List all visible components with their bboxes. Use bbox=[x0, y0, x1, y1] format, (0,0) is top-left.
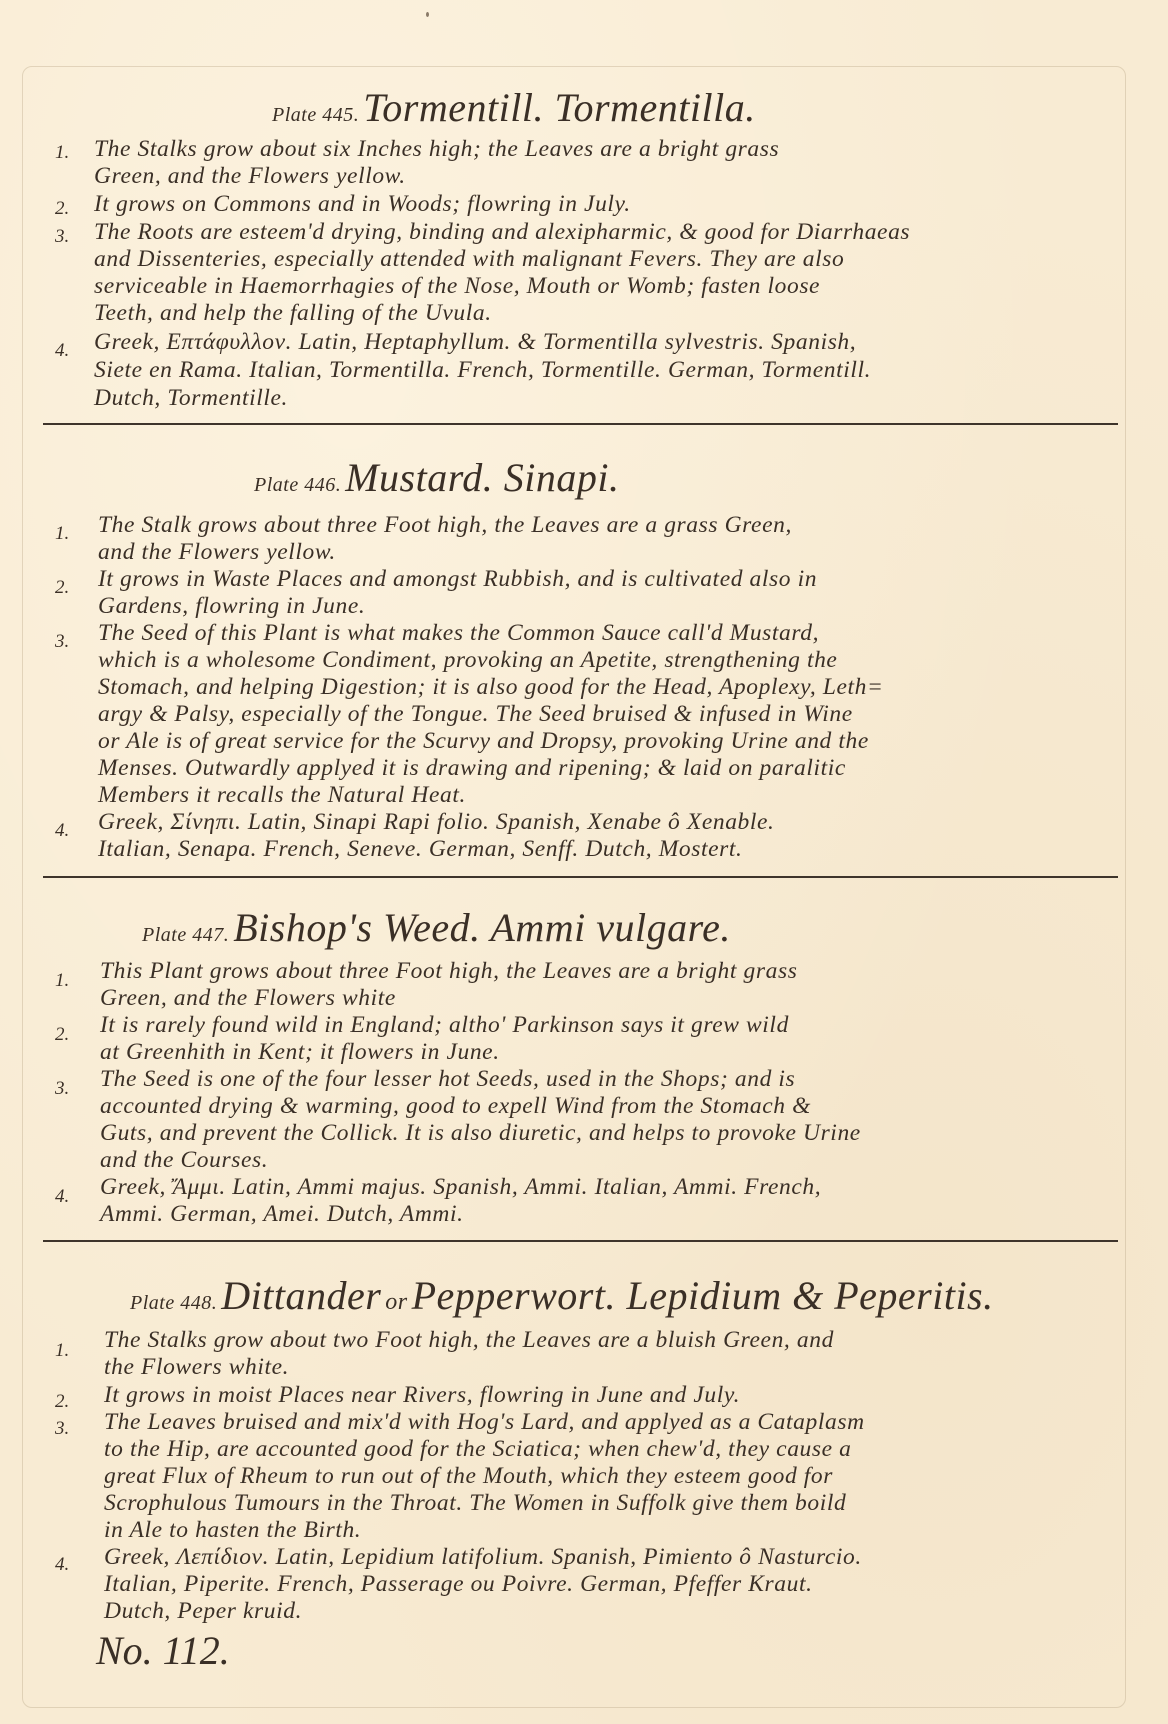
item-number: 1. bbox=[55, 1340, 69, 1362]
text-line: great Flux of Rheum to run out of the Mo… bbox=[104, 1463, 833, 1490]
text-line: Guts, and prevent the Collick. It is als… bbox=[100, 1120, 861, 1147]
text-line: Dutch, Peper kruid. bbox=[104, 1598, 302, 1625]
plate-447-heading: Plate 447. Bishop's Weed. Ammi vulgare. bbox=[142, 904, 731, 951]
text-line: It grows in Waste Places and amongst Rub… bbox=[98, 566, 817, 593]
text-line: Members it recalls the Natural Heat. bbox=[98, 782, 466, 809]
text-line: Italian, Piperite. French, Passerage ou … bbox=[104, 1571, 813, 1598]
item-number: 1. bbox=[55, 142, 69, 164]
text-line: Dutch, Tormentille. bbox=[94, 385, 288, 412]
plant-name: Mustard. Sinapi. bbox=[345, 455, 619, 500]
text-line: Teeth, and help the falling of the Uvula… bbox=[94, 300, 492, 327]
item-number: 2. bbox=[55, 1024, 69, 1046]
plant-name-connector: or bbox=[385, 1289, 407, 1315]
plate-number: Plate 446. bbox=[254, 474, 341, 496]
item-number: 3. bbox=[55, 1078, 69, 1100]
item-number: 1. bbox=[55, 970, 69, 992]
text-line: The Leaves bruised and mix'd with Hog's … bbox=[104, 1409, 865, 1436]
text-line: Stomach, and helping Digestion; it is al… bbox=[98, 674, 884, 701]
text-line: This Plant grows about three Foot high, … bbox=[100, 958, 797, 985]
item-number: 4. bbox=[55, 340, 69, 362]
item-number: 4. bbox=[55, 1554, 69, 1576]
text-line: It is rarely found wild in England; alth… bbox=[100, 1012, 789, 1039]
text-line: Greek, Λεπίδιον. Latin, Lepidium latifol… bbox=[104, 1544, 862, 1571]
text-line: The Seed of this Plant is what makes the… bbox=[98, 620, 819, 647]
text-line: Scrophulous Tumours in the Throat. The W… bbox=[104, 1490, 846, 1517]
text-line: Italian, Senapa. French, Seneve. German,… bbox=[98, 836, 743, 863]
text-line: The Seed is one of the four lesser hot S… bbox=[100, 1066, 795, 1093]
text-line: Siete en Rama. Italian, Tormentilla. Fre… bbox=[94, 357, 871, 384]
ink-speck bbox=[426, 12, 429, 17]
text-line: accounted drying & warming, good to expe… bbox=[100, 1093, 811, 1120]
item-number: 2. bbox=[55, 577, 69, 599]
item-number: 3. bbox=[55, 226, 69, 248]
plant-name-alternate: Pepperwort. Lepidium & Peperitis. bbox=[412, 1273, 994, 1318]
item-number: 4. bbox=[55, 1186, 69, 1208]
item-number: 4. bbox=[55, 820, 69, 842]
plate-445-heading: Plate 445. Tormentill. Tormentilla. bbox=[272, 84, 756, 131]
text-line: Gardens, flowring in June. bbox=[98, 593, 365, 620]
text-line: which is a wholesome Condiment, provokin… bbox=[98, 647, 837, 674]
plate-number: Plate 447. bbox=[142, 924, 229, 946]
text-line: serviceable in Haemorrhagies of the Nose… bbox=[94, 273, 820, 300]
text-line: and the Flowers yellow. bbox=[98, 539, 336, 566]
item-number: 2. bbox=[55, 1391, 69, 1413]
text-line: and the Courses. bbox=[100, 1147, 268, 1174]
text-line: in Ale to hasten the Birth. bbox=[104, 1517, 361, 1544]
item-number: 3. bbox=[55, 631, 69, 653]
text-line: The Stalk grows about three Foot high, t… bbox=[98, 512, 792, 539]
text-line: Green, and the Flowers white bbox=[100, 985, 396, 1012]
plate-number: Plate 445. bbox=[272, 104, 359, 126]
text-line: Greek, Επτάφυλλον. Latin, Heptaphyllum. … bbox=[94, 329, 856, 356]
text-line: and Dissenteries, especially attended wi… bbox=[94, 246, 844, 273]
text-line: argy & Palsy, especially of the Tongue. … bbox=[98, 701, 853, 728]
text-line: Ammi. German, Amei. Dutch, Ammi. bbox=[100, 1201, 464, 1228]
item-number: 1. bbox=[55, 523, 69, 545]
text-line: Menses. Outwardly applyed it is drawing … bbox=[98, 755, 846, 782]
text-line: The Roots are esteem'd drying, binding a… bbox=[94, 219, 910, 246]
section-divider bbox=[43, 423, 1118, 425]
text-line: Green, and the Flowers yellow. bbox=[94, 163, 406, 190]
text-line: the Flowers white. bbox=[104, 1354, 289, 1381]
plate-number: Plate 448. bbox=[130, 1292, 217, 1314]
text-line: It grows on Commons and in Woods; flowri… bbox=[94, 191, 631, 218]
section-divider bbox=[43, 1240, 1118, 1242]
plate-446-heading: Plate 446. Mustard. Sinapi. bbox=[254, 454, 620, 501]
item-number: 2. bbox=[55, 198, 69, 220]
plant-name: Dittander bbox=[221, 1273, 381, 1318]
engraved-page: Plate 445. Tormentill. Tormentilla. 1. T… bbox=[0, 0, 1168, 1724]
plant-name: Tormentill. Tormentilla. bbox=[363, 85, 755, 130]
text-line: at Greenhith in Kent; it flowers in June… bbox=[100, 1039, 500, 1066]
text-line: Greek, Ἄμμι. Latin, Ammi majus. Spanish,… bbox=[100, 1174, 821, 1201]
text-line: It grows in moist Places near Rivers, fl… bbox=[104, 1382, 740, 1409]
folio-number: No. 112. bbox=[96, 1627, 230, 1674]
plant-name: Bishop's Weed. Ammi vulgare. bbox=[233, 905, 731, 950]
plate-448-heading: Plate 448. Dittander or Pepperwort. Lepi… bbox=[130, 1272, 994, 1319]
item-number: 3. bbox=[55, 1418, 69, 1440]
text-line: Greek, Σίνηπι. Latin, Sinapi Rapi folio.… bbox=[98, 809, 775, 836]
section-divider bbox=[43, 876, 1118, 878]
text-line: or Ale is of great service for the Scurv… bbox=[98, 728, 869, 755]
text-line: The Stalks grow about two Foot high, the… bbox=[104, 1327, 834, 1354]
text-line: to the Hip, are accounted good for the S… bbox=[104, 1436, 852, 1463]
text-line: The Stalks grow about six Inches high; t… bbox=[94, 136, 779, 163]
